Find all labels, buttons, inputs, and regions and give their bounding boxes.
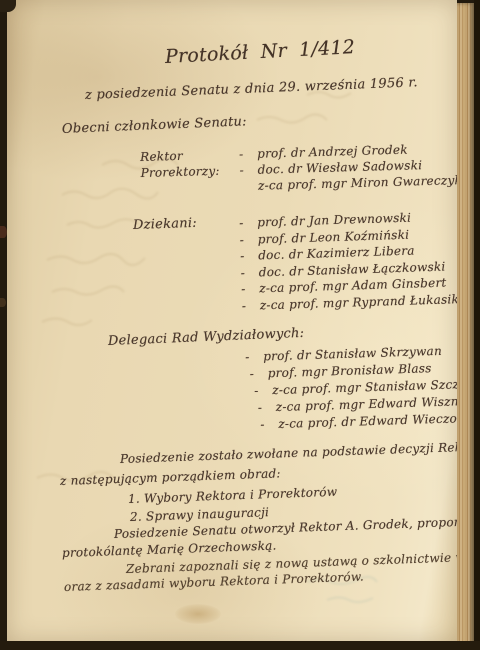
dash: -: [242, 298, 261, 315]
opening-paragraph-line1: Posiedzenie zostało zwołane na podstawie…: [120, 439, 480, 466]
stacked-page-edges: [457, 3, 474, 650]
dash: -: [239, 215, 258, 232]
dash: -: [245, 349, 264, 367]
paper-sheet: Protokół Nr 1/412 z posiedzenia Senatu z…: [7, 0, 457, 642]
binding-mark: [0, 298, 6, 307]
officers-list: Rektor - prof. dr Andrzej Grodek Prorekt…: [140, 141, 462, 198]
agenda-item-2: 2. Sprawy inauguracji: [130, 505, 270, 524]
dash: -: [258, 400, 277, 418]
dash: -: [239, 163, 257, 179]
opening-paragraph-line2: z następującym porządkiem obrad:: [60, 466, 281, 488]
right-background: [474, 0, 480, 650]
meeting-date-line: z posiedzenia Senatu z dnia 29. września…: [85, 75, 418, 103]
attendees-heading: Obecni członkowie Senatu:: [62, 114, 247, 137]
dash: -: [250, 366, 269, 384]
paper-stain: [175, 604, 221, 624]
role-label: [141, 179, 240, 198]
dash: -: [240, 248, 259, 265]
delegates-heading: Delegaci Rad Wydziałowych:: [108, 326, 305, 349]
dash: [240, 179, 258, 195]
dash: -: [239, 147, 257, 163]
binding-mark: [0, 226, 7, 238]
closing-paragraph-line2: oraz z zasadami wyboru Rektora i Prorekt…: [64, 570, 364, 594]
dash: -: [254, 383, 273, 401]
delegates-list: - prof. dr Stanisław Skrzywan - prof. mg…: [245, 342, 480, 435]
dash: -: [241, 265, 260, 282]
bottom-background: [0, 641, 480, 650]
deans-list: - prof. dr Jan Drewnowski - prof. dr Leo…: [239, 209, 459, 315]
deans-label: Dziekani:: [133, 216, 197, 233]
protocol-title: Protokół Nr 1/412: [164, 36, 355, 68]
dash: -: [260, 417, 279, 435]
scanned-protocol-page: { "document": { "title": "Protokół Nr 1/…: [0, 0, 480, 650]
dash: -: [241, 281, 260, 298]
session-opening-line2: protokólantę Marię Orzechowską.: [62, 539, 277, 560]
agenda-item-1: 1. Wybory Rektora i Prorektorów: [128, 485, 338, 506]
dash: -: [240, 232, 259, 249]
